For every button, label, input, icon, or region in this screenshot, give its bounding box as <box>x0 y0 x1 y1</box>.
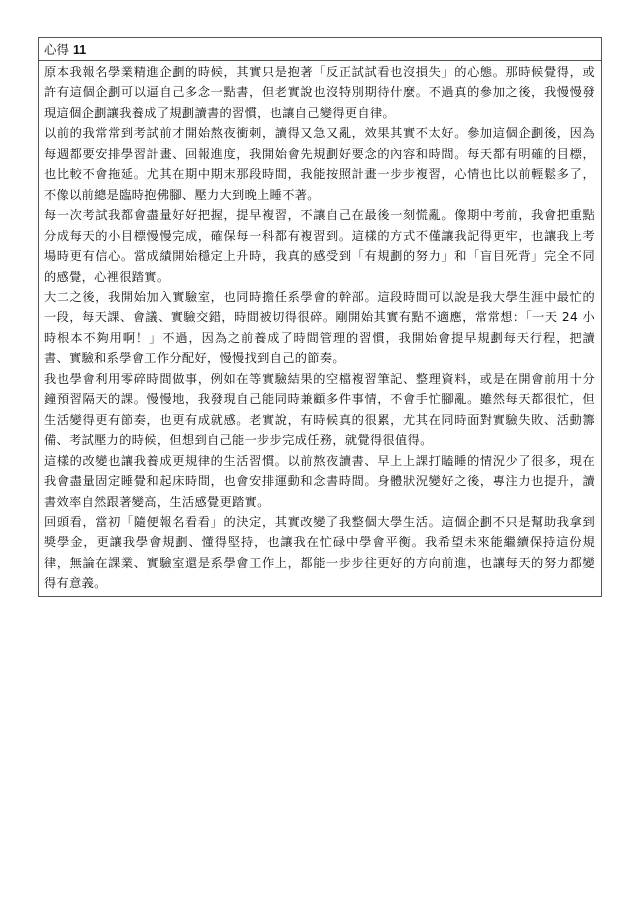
paragraph-2: 以前的我常常到考試前才開始熬夜衝刺，讀得又急又亂，效果其實不太好。參加這個企劃後… <box>44 123 595 205</box>
paragraph-1: 原本我報名學業精進企劃的時候，其實只是抱著「反正試試看也沒損失」的心態。那時候覺… <box>44 62 595 123</box>
table-body-cell: 原本我報名學業精進企劃的時候，其實只是抱著「反正試試看也沒損失」的心態。那時候覺… <box>39 61 601 596</box>
paragraph-3: 每一次考試我都會盡量好好把握，提早複習，不讓自己在最後一刻慌亂。像期中考前，我會… <box>44 205 595 287</box>
table-header-cell: 心得 11 <box>39 38 601 61</box>
paragraph-7: 回頭看，當初「隨便報名看看」的決定，其實改變了我整個大學生活。這個企劃不只是幫助… <box>44 512 595 594</box>
paragraph-6: 這樣的改變也讓我養成更規律的生活習慣。以前熬夜讀書、早上上課打瞌睡的情況少了很多… <box>44 451 595 512</box>
paragraph-5: 我也學會利用零碎時間做事，例如在等實驗結果的空檔複習筆記、整理資料，或是在開會前… <box>44 369 595 451</box>
paragraph-4: 大二之後，我開始加入實驗室，也同時擔任系學會的幹部。這段時間可以說是我大學生涯中… <box>44 287 595 369</box>
reflection-table: 心得 11 原本我報名學業精進企劃的時候，其實只是抱著「反正試試看也沒損失」的心… <box>38 37 602 597</box>
header-number: 11 <box>73 43 86 57</box>
header-label: 心得 <box>44 42 69 57</box>
